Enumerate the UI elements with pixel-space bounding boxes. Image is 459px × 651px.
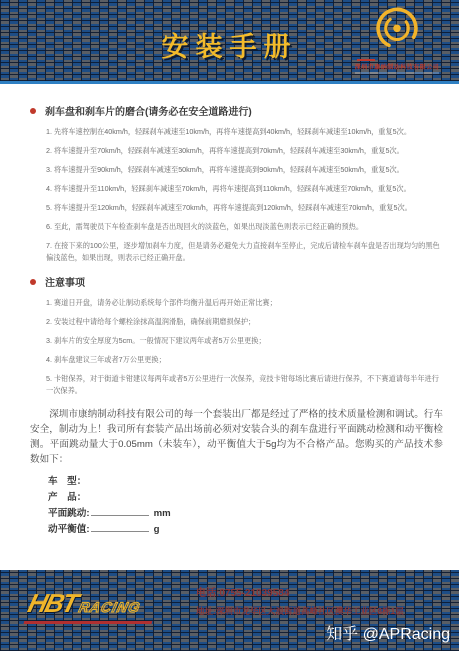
header-banner: 安装手册 深圳市康纳制动科技有限公司 [0,0,459,84]
concentric-arcs-icon [370,4,424,58]
notes-list: 1. 赛道日开盘，请务必让制动系统每个部件均衡升温后再开始正常比赛； 2. 安装… [30,297,443,397]
footer-banner: HBTRACING 电话:0755-21039584 地址:深圳市龙华区大浪街道… [0,570,459,651]
manual-body: 刹车盘和刹车片的磨合(请务必在安全道路进行) 1. 先将车速控制在40km/h，… [0,87,459,538]
logo-dash [357,59,375,61]
section-title-notes: 注意事项 [30,274,443,289]
address-line: 地址:深圳市龙华区大浪街道高峰社区澳华工业区8栋1层 [196,605,404,617]
step-item: 3. 将车速提升至90km/h，轻踩刹车减速至50km/h，再将车速提高到90k… [46,164,443,176]
bullet-icon [30,279,36,285]
form-row-balance: 动平衡值:g [48,522,443,538]
step-item: 7. 在接下来的100公里，逐步增加刹车力度，但是请务必避免大力直接刹车至停止，… [46,240,443,264]
contact-block: 电话:0755-21039584 地址:深圳市龙华区大浪街道高峰社区澳华工业区8… [196,584,404,617]
brand-logo-racing-text: RACING [77,599,142,615]
runout-label: 平面跳动: [48,508,90,519]
product-label: 产 品： [48,492,86,503]
balance-blank-field [91,522,149,532]
balance-label: 动平衡值: [48,524,90,535]
note-item: 5. 卡钳保养，对于街道卡钳建议每两年或者5万公里进行一次保养，竞技卡钳每场比赛… [46,373,443,397]
form-row-runout: 平面跳动:mm [48,506,443,522]
company-logo: 深圳市康纳制动科技有限公司 [349,4,445,74]
manual-page: 安装手册 深圳市康纳制动科技有限公司 刹车盘和刹车片的磨合(请务必在安全道路进行… [0,0,459,651]
brand-logo-text: HBT [25,588,80,618]
note-item: 3. 刹车片的安全厚度为5cm。一般情况下建议两年或者5万公里更换； [46,335,443,347]
step-item: 6. 至此，需驾驶员下车检查刹车盘是否出现回火的淡蓝色，如果出现淡蓝色则表示已经… [46,221,443,233]
section-title-text: 刹车盘和刹车片的磨合(请务必在安全道路进行) [45,103,252,118]
company-statement: 深圳市康纳制动科技有限公司的每一个套装出厂都是经过了严格的技术质量检测和调试。行… [30,407,443,467]
phone-line: 电话:0755-21039584 [196,584,404,599]
note-item: 4. 刹车盘建议三年或者7万公里更换； [46,354,443,366]
logo-caption-subline [355,72,439,74]
form-row-vehicle: 车 型： [48,474,443,490]
step-item: 4. 将车速提升至110km/h，轻踩刹车减速至70km/h，再将车速提高到11… [46,183,443,195]
spec-form: 车 型： 产 品： 平面跳动:mm 动平衡值:g [48,474,443,538]
brand-underline-bar [24,621,153,624]
logo-caption: 深圳市康纳制动科技有限公司 [349,62,445,71]
note-item: 1. 赛道日开盘，请务必让制动系统每个部件均衡升温后再开始正常比赛； [46,297,443,309]
break-in-steps: 1. 先将车速控制在40km/h，轻踩刹车减速至10km/h，再将车速提高到40… [30,126,443,264]
form-row-product: 产 品： [48,490,443,506]
racing-brand-logo: HBTRACING [24,588,161,624]
logo-center-dot [393,25,401,33]
step-item: 5. 将车速提升至120km/h，轻踩刹车减速至70km/h，再将车速提高到12… [46,202,443,214]
note-item: 2. 安装过程中请给每个螺栓涂抹高温润滑脂，确保前期磨损保护； [46,316,443,328]
runout-unit: mm [154,508,171,519]
section-title-break-in: 刹车盘和刹车片的磨合(请务必在安全道路进行) [30,103,443,118]
zhihu-watermark: 知乎 @APRacing [326,621,450,644]
step-item: 2. 将车速提升至70km/h，轻踩刹车减速至30km/h，再将车速提高到70k… [46,145,443,157]
balance-unit: g [154,524,160,535]
vehicle-label: 车 型： [48,476,86,487]
runout-blank-field [91,506,149,516]
bullet-icon [30,108,36,114]
section-title-text: 注意事项 [45,274,85,289]
step-item: 1. 先将车速控制在40km/h，轻踩刹车减速至10km/h，再将车速提高到40… [46,126,443,138]
